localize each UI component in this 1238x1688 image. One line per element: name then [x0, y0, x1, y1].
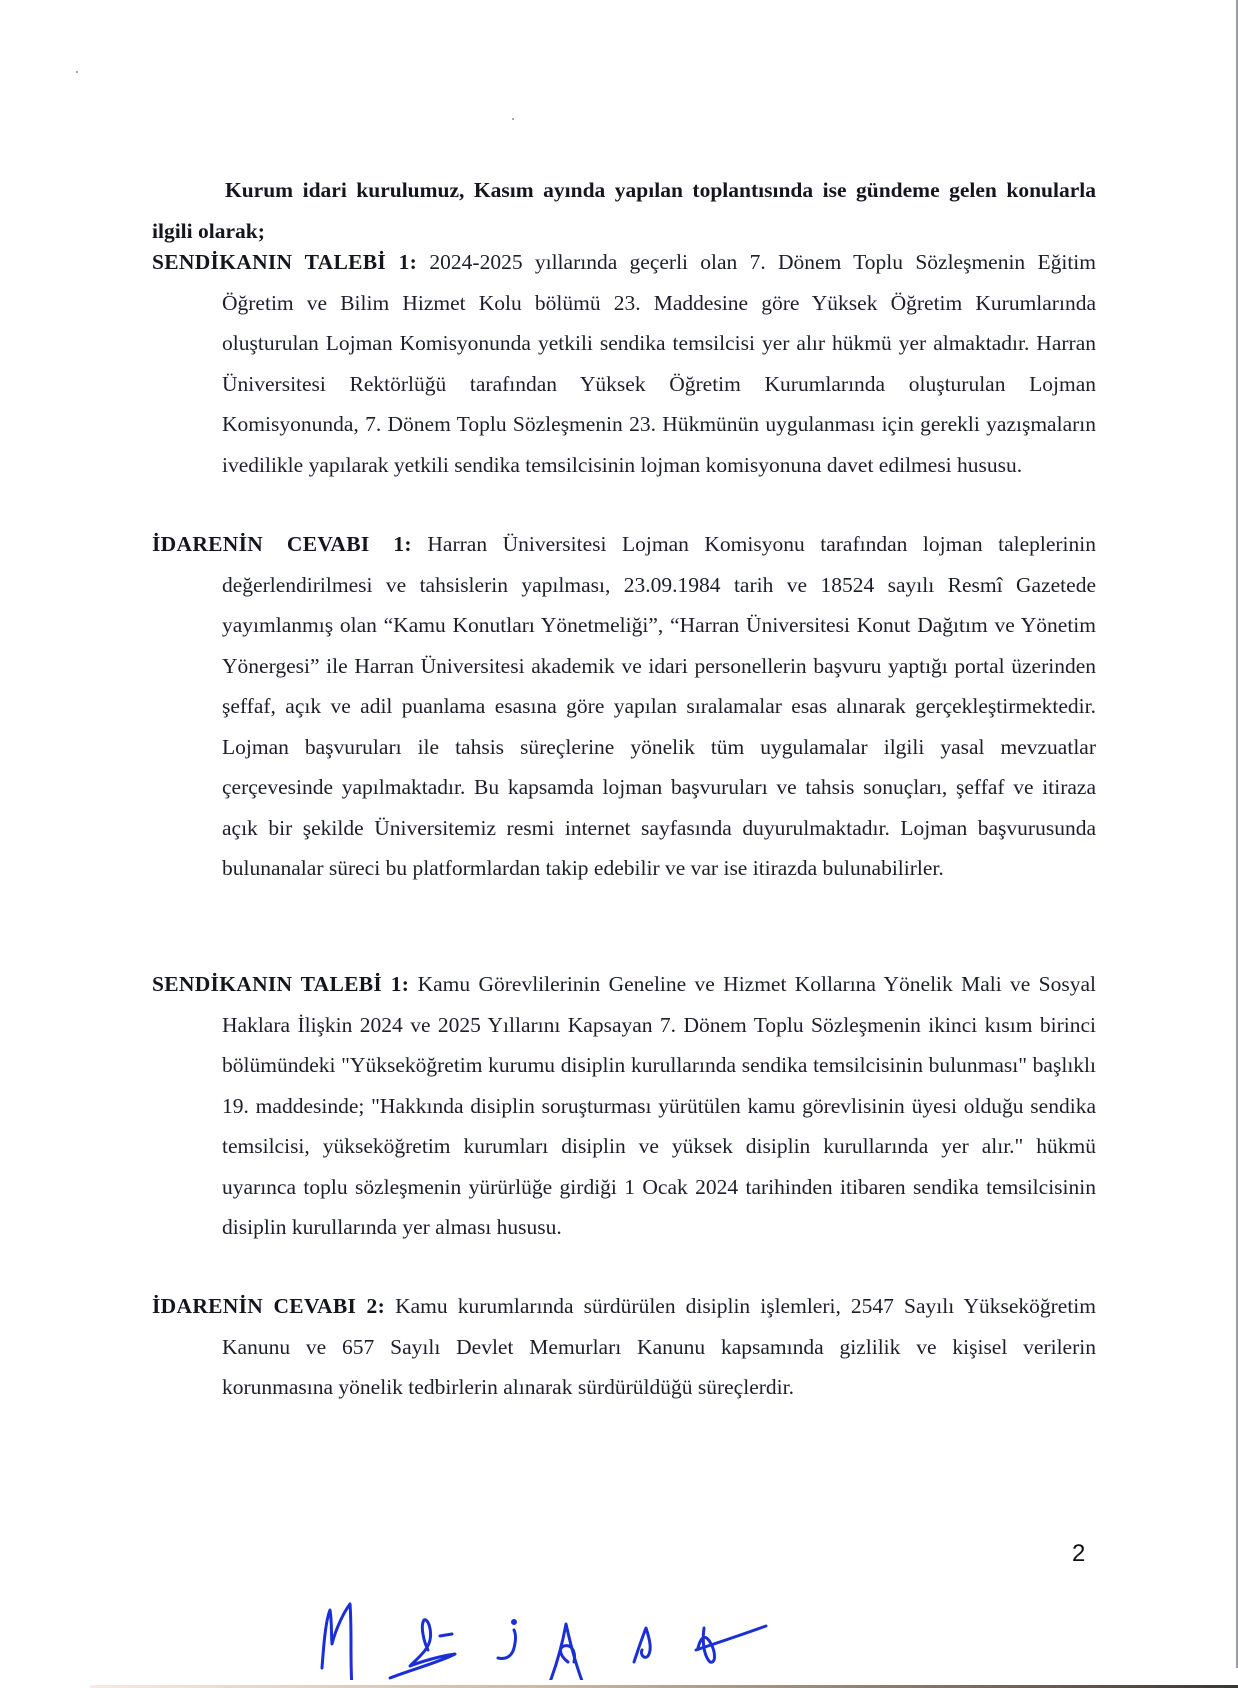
- document-page: Kurum idari kurulumuz, Kasım ayında yapı…: [0, 0, 1238, 1688]
- signature-2-icon: [390, 1620, 455, 1678]
- scan-speck: [76, 71, 78, 73]
- item-label: SENDİKANIN TALEBİ 1:: [152, 972, 409, 996]
- signature-3-icon: [498, 1621, 516, 1659]
- signatures-row: [300, 1570, 1100, 1680]
- item-label: İDARENİN CEVABI 2:: [152, 1294, 385, 1318]
- administration-response-1: İDARENİN CEVABI 1: Harran Üniversitesi L…: [152, 524, 1096, 889]
- page-number: 2: [1072, 1540, 1085, 1568]
- signature-4-icon: [550, 1624, 584, 1680]
- signature-5-icon: [634, 1628, 650, 1662]
- union-request-2: SENDİKANIN TALEBİ 1: Kamu Görevlilerinin…: [152, 964, 1096, 1248]
- signature-6-icon: [696, 1626, 766, 1662]
- item-label: İDARENİN CEVABI 1:: [152, 532, 412, 556]
- signature-1-icon: [322, 1604, 352, 1680]
- item-text: Kamu Görevlilerinin Geneline ve Hizmet K…: [222, 972, 1096, 1239]
- item-text: Harran Üniversitesi Lojman Komisyonu tar…: [222, 532, 1096, 880]
- item-text: 2024-2025 yıllarında geçerli olan 7. Dön…: [222, 250, 1096, 477]
- scan-speck: [512, 118, 514, 120]
- item-label: SENDİKANIN TALEBİ 1:: [152, 250, 417, 274]
- intro-paragraph: Kurum idari kurulumuz, Kasım ayında yapı…: [152, 170, 1096, 251]
- administration-response-2: İDARENİN CEVABI 2: Kamu kurumlarında sür…: [152, 1286, 1096, 1408]
- union-request-1: SENDİKANIN TALEBİ 1: 2024-2025 yıllarınd…: [152, 242, 1096, 485]
